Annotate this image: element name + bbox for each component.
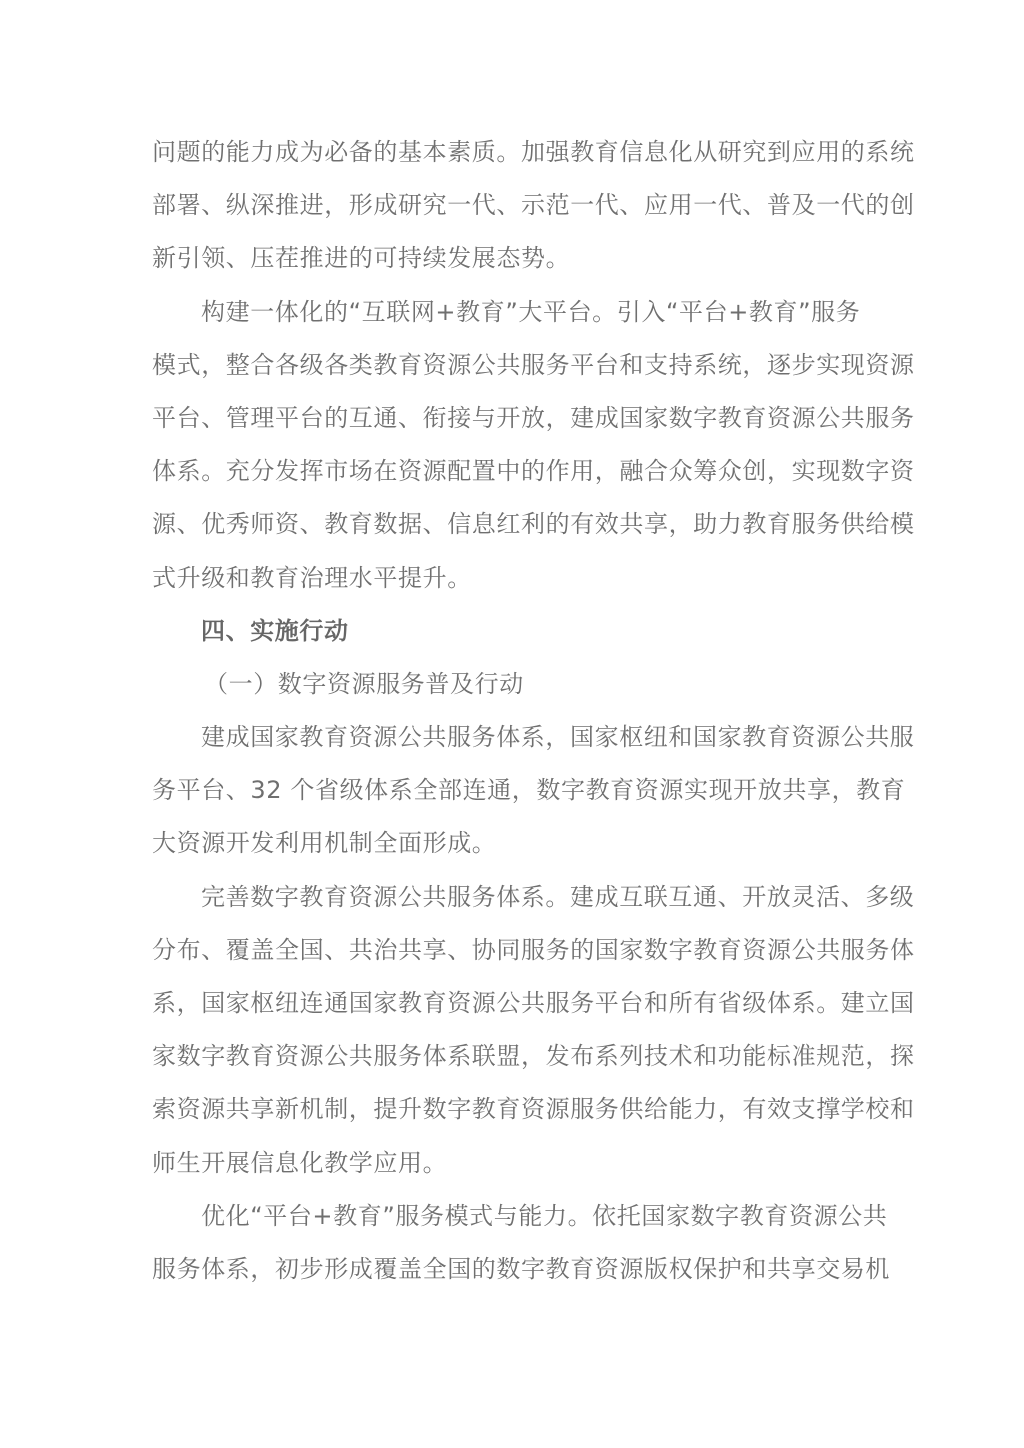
subheading-digital-resources: （一）数字资源服务普及行动 <box>152 658 872 711</box>
text-line: 建成国家教育资源公共服务体系，国家枢纽和国家教育资源公共服 <box>152 711 872 764</box>
paragraph-improve-public-service: 完善数字教育资源公共服务体系。建成互联互通、开放灵活、多级 分布、覆盖全国、共治… <box>152 871 872 1190</box>
text-line: 问题的能力成为必备的基本素质。加强教育信息化从研究到应用的系统 <box>152 126 872 179</box>
text-line: 体系。充分发挥市场在资源配置中的作用，融合众筹众创，实现数字资 <box>152 445 872 498</box>
text-line: 新引领、压茬推进的可持续发展态势。 <box>152 232 872 285</box>
text-line: 分布、覆盖全国、共治共享、协同服务的国家数字教育资源公共服务体 <box>152 924 872 977</box>
text-line: 家数字教育资源公共服务体系联盟，发布系列技术和功能标准规范，探 <box>152 1030 872 1083</box>
text-line: 构建一体化的“互联网+教育”大平台。引入“平台+教育”服务 <box>152 286 872 339</box>
text-line: 系，国家枢纽连通国家教育资源公共服务平台和所有省级体系。建立国 <box>152 977 872 1030</box>
paragraph-national-resource-system: 建成国家教育资源公共服务体系，国家枢纽和国家教育资源公共服 务平台、32 个省级… <box>152 711 872 871</box>
text-line: 完善数字教育资源公共服务体系。建成互联互通、开放灵活、多级 <box>152 871 872 924</box>
heading-implementation-actions: 四、实施行动 <box>152 605 872 658</box>
text-line: 务平台、32 个省级体系全部连通，数字教育资源实现开放共享，教育 <box>152 764 872 817</box>
text-line: 式升级和教育治理水平提升。 <box>152 552 872 605</box>
paragraph-optimize-platform-model: 优化“平台+教育”服务模式与能力。依托国家数字教育资源公共 服务体系，初步形成覆… <box>152 1190 872 1296</box>
text-line: 师生开展信息化教学应用。 <box>152 1137 872 1190</box>
paragraph-internet-education-platform: 构建一体化的“互联网+教育”大平台。引入“平台+教育”服务 模式，整合各级各类教… <box>152 286 872 605</box>
document-page: 问题的能力成为必备的基本素质。加强教育信息化从研究到应用的系统 部署、纵深推进，… <box>152 126 872 1296</box>
text-line: 平台、管理平台的互通、衔接与开放，建成国家数字教育资源公共服务 <box>152 392 872 445</box>
subsection-heading: （一）数字资源服务普及行动 <box>152 658 872 711</box>
text-line: 源、优秀师资、教育数据、信息红利的有效共享，助力教育服务供给模 <box>152 498 872 551</box>
text-line: 索资源共享新机制，提升数字教育资源服务供给能力，有效支撑学校和 <box>152 1083 872 1136</box>
paragraph-continued: 问题的能力成为必备的基本素质。加强教育信息化从研究到应用的系统 部署、纵深推进，… <box>152 126 872 286</box>
text-line: 服务体系，初步形成覆盖全国的数字教育资源版权保护和共享交易机 <box>152 1243 872 1296</box>
text-line: 模式，整合各级各类教育资源公共服务平台和支持系统，逐步实现资源 <box>152 339 872 392</box>
text-line: 优化“平台+教育”服务模式与能力。依托国家数字教育资源公共 <box>152 1190 872 1243</box>
section-heading: 四、实施行动 <box>152 605 872 658</box>
text-line: 部署、纵深推进，形成研究一代、示范一代、应用一代、普及一代的创 <box>152 179 872 232</box>
text-line: 大资源开发利用机制全面形成。 <box>152 817 872 870</box>
